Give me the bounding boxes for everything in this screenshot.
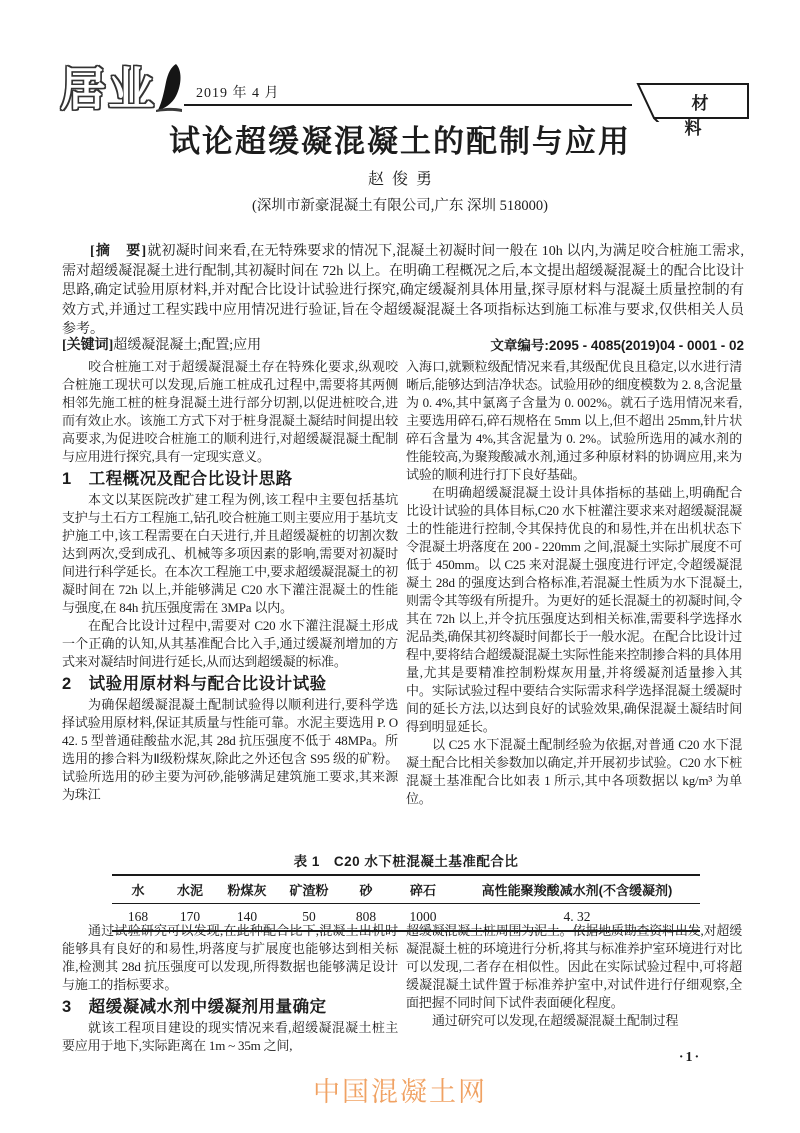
section-heading-3: 3 超缓凝减水剂中缓凝剂用量确定 [62, 998, 398, 1016]
paragraph: 通过试验研究可以发现,在此种配合比下,混凝土出机时能够具有良好的和易性,坍落度与… [62, 922, 398, 994]
table-1-caption: 表 1 C20 水下桩混凝土基准配合比 [112, 850, 700, 870]
col-header-gravel: 碎石 [392, 875, 454, 904]
article-author: 赵俊勇 [0, 166, 800, 189]
col-header-water: 水 [112, 875, 164, 904]
header-rule [184, 104, 632, 106]
journal-logo-text: 居业 [60, 63, 156, 115]
abstract-text: 就初凝时间来看,在无特殊要求的情况下,混凝土初凝时间一般在 10h 以内,为满足… [62, 244, 744, 337]
keywords-row: [关键词]超缓凝混凝土;配置;应用 文章编号:2095 - 4085(2019)… [62, 334, 744, 354]
paragraph: 通过研究可以发现,在超缓凝混凝土配制过程 [406, 1012, 742, 1030]
abstract: [摘 要]就初凝时间来看,在无特殊要求的情况下,混凝土初凝时间一般在 10h 以… [62, 242, 744, 340]
column-lower-right: 超缓凝混凝土桩周围为泥土。依据地质勘查资料出发,对超缓凝混凝土桩的环境进行分析,… [406, 922, 742, 1046]
paragraph: 在明确超缓凝混凝土设计具体指标的基础上,明确配合比设计试验的具体目标,C20 水… [406, 484, 742, 736]
section-heading-2: 2 试验用原材料与配合比设计试验 [62, 675, 398, 693]
logo-brush-icon [152, 62, 186, 114]
paragraph: 入海口,就颗粒级配情况来看,其级配优良且稳定,以水进行清晰后,能够达到洁净状态。… [406, 358, 742, 484]
keywords-text: 超缓凝混凝土;配置;应用 [113, 338, 261, 353]
table-1: 表 1 C20 水下桩混凝土基准配合比 水 水泥 粉煤灰 矿渣粉 砂 碎石 高性… [112, 850, 700, 932]
table-header-row: 水 水泥 粉煤灰 矿渣粉 砂 碎石 高性能聚羧酸减水剂(不含缓凝剂) [112, 875, 700, 904]
article-affiliation: (深圳市新豪混凝土有限公司,广东 深圳 518000) [0, 194, 800, 215]
paragraph: 在配合比设计过程中,需要对 C20 水下灌注混凝土形成一个正确的认知,从其基准配… [62, 617, 398, 671]
page-number: ·1· [655, 1050, 725, 1066]
article-number: 文章编号:2095 - 4085(2019)04 - 0001 - 02 [490, 334, 744, 354]
section-heading-1: 1 工程概况及配合比设计思路 [62, 470, 398, 488]
column-lower-left: 通过试验研究可以发现,在此种配合比下,混凝土出机时能够具有良好的和易性,坍落度与… [62, 922, 398, 1064]
paragraph: 本文以某医院改扩建工程为例,该工程中主要包括基坑支护与土石方工程施工,钻孔咬合桩… [62, 491, 398, 617]
issue-date: 2019 年 4 月 [196, 82, 280, 102]
journal-page: 居业 2019 年 4 月 材 料 试论超缓凝混凝土的配制与应用 赵俊勇 (深圳… [0, 0, 800, 1133]
paragraph: 以 C25 水下混凝土配制经验为依据,对普通 C20 水下混凝土配合比相关参数加… [406, 736, 742, 808]
paragraph: 为确保超缓凝混凝土配制试验得以顺利进行,要科学选择试验用原材料,保证其质量与性能… [62, 696, 398, 804]
col-header-slagpowder: 矿渣粉 [278, 875, 340, 904]
col-header-admixture: 高性能聚羧酸减水剂(不含缓凝剂) [454, 875, 700, 904]
column-upper-left: 咬合桩施工对于超缓凝混凝土存在特殊化要求,纵观咬合桩施工现状可以发现,后施工桩成… [62, 358, 398, 850]
paragraph: 就该工程项目建设的现实情况来看,超缓凝混凝土桩主要应用于地下,实际距离在 1m … [62, 1019, 398, 1055]
paragraph: 咬合桩施工对于超缓凝混凝土存在特殊化要求,纵观咬合桩施工现状可以发现,后施工桩成… [62, 358, 398, 466]
keywords-label: [关键词] [62, 338, 113, 353]
abstract-label: [摘 要] [90, 244, 147, 259]
site-watermark: 中国混凝土网 [0, 1070, 800, 1109]
keywords: [关键词]超缓凝混凝土;配置;应用 [62, 334, 261, 354]
col-header-cement: 水泥 [164, 875, 216, 904]
paragraph: 超缓凝混凝土桩周围为泥土。依据地质勘查资料出发,对超缓凝混凝土桩的环境进行分析,… [406, 922, 742, 1012]
article-title: 试论超缓凝混凝土的配制与应用 [0, 116, 800, 161]
column-upper-right: 入海口,就颗粒级配情况来看,其级配优良且稳定,以水进行清晰后,能够达到洁净状态。… [406, 358, 742, 850]
col-header-sand: 砂 [340, 875, 392, 904]
col-header-flyash: 粉煤灰 [216, 875, 278, 904]
journal-logo: 居业 [60, 60, 190, 120]
